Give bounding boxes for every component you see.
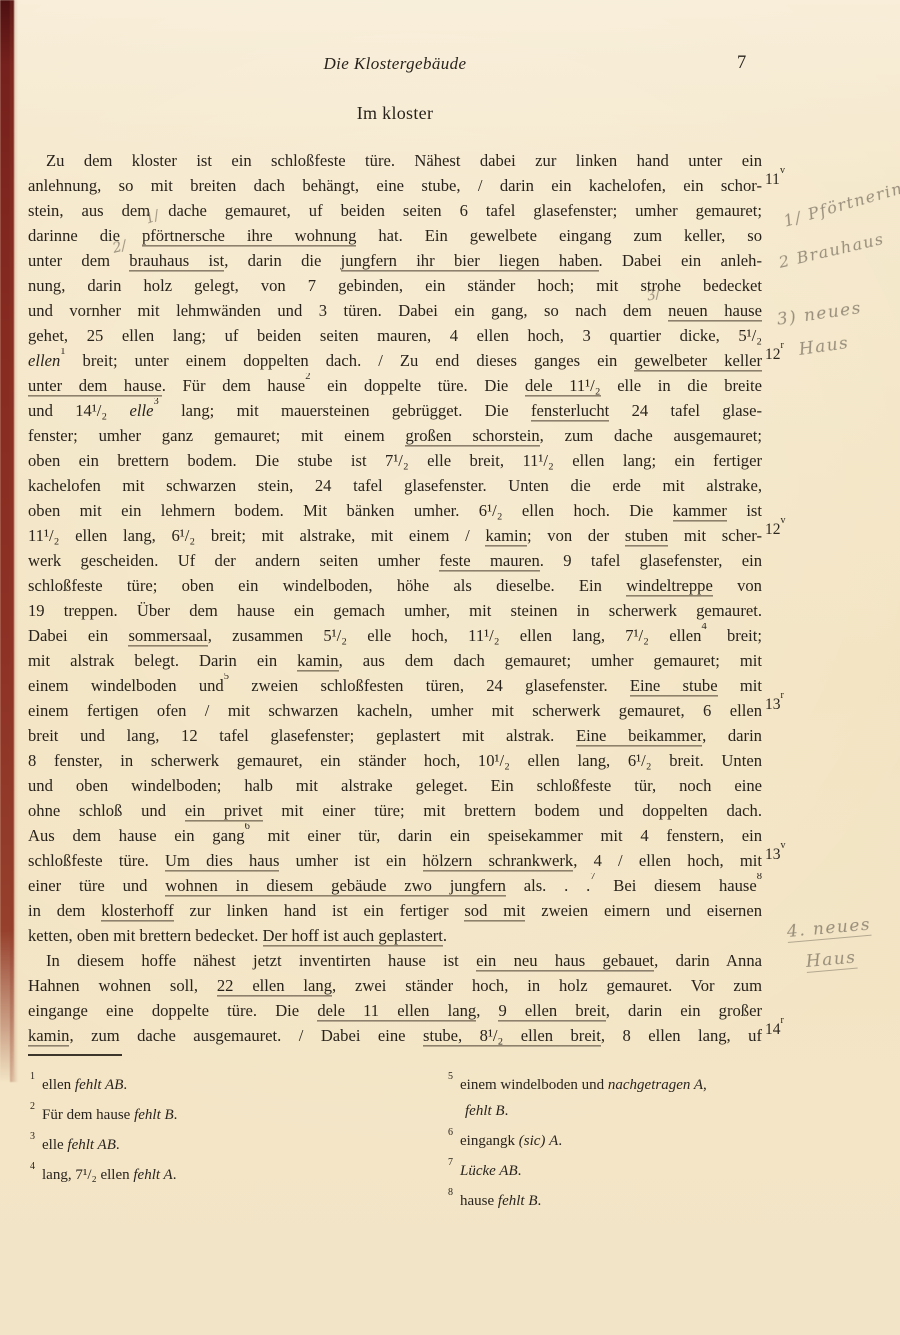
footnotes-left-column: 1ellen fehlt AB.2Für dem hause fehlt B.3… bbox=[30, 1068, 420, 1188]
handwritten-note: Haus bbox=[805, 948, 857, 973]
text-line: ellen1 breit; unter einem doppelten dach… bbox=[28, 348, 762, 373]
text-line: schloßfeste türe. Um dies haus umher ist… bbox=[28, 848, 762, 873]
footnote: 3elle fehlt AB. bbox=[30, 1128, 420, 1158]
folio-mark: 13v bbox=[765, 845, 805, 864]
text-line: mit alstrak belegt. Darin ein kamin, aus… bbox=[28, 648, 762, 673]
footnote: fehlt B. bbox=[448, 1098, 798, 1124]
text-line: eingange eine doppelte türe. Die dele 11… bbox=[28, 998, 762, 1023]
text-line: Hahnen wohnen soll, 22 ellen lang, zwei … bbox=[28, 973, 762, 998]
folio-mark: 11v bbox=[765, 170, 805, 189]
pencil-mark: 3/ bbox=[645, 286, 662, 305]
running-head: Die Klostergebäude bbox=[28, 54, 762, 74]
text-line: und oben windelboden; halb mit alstrake … bbox=[28, 773, 762, 798]
footnote: 2Für dem hause fehlt B. bbox=[30, 1098, 420, 1128]
folio-mark: 13r bbox=[765, 695, 805, 714]
text-line: kamin, zum dache ausgemauret. / Dabei ei… bbox=[28, 1023, 762, 1048]
text-line: oben mit ein lehmern bodem. Mit bänken u… bbox=[28, 498, 762, 523]
section-heading: Im kloster bbox=[28, 103, 762, 124]
footnote: 6eingangk (sic) A. bbox=[448, 1124, 798, 1154]
book-page-scan: Die Klostergebäude 7 Im kloster Zu dem k… bbox=[0, 0, 900, 1335]
text-line: 8 fenster, in scherwerk gemauret, ein st… bbox=[28, 748, 762, 773]
text-line: unter dem brauhaus ist, darin die jungfe… bbox=[28, 248, 762, 273]
text-line: 19 treppen. Über dem hause ein gemach um… bbox=[28, 598, 762, 623]
text-line: einem windelboden und5 zweien schloßfest… bbox=[28, 673, 762, 698]
text-line: ohne schloß und ein privet mit einer tür… bbox=[28, 798, 762, 823]
handwritten-note: 4. neues bbox=[786, 915, 872, 943]
text-line: unter dem hause. Für dem hause2 ein dopp… bbox=[28, 373, 762, 398]
footnote: 1ellen fehlt AB. bbox=[30, 1068, 420, 1098]
body-text-block: Zu dem kloster ist ein schloßfeste türe.… bbox=[28, 148, 762, 1048]
text-line: darinne die pförtnersche ihre wohnung ha… bbox=[28, 223, 762, 248]
text-line: einem fertigen ofen / mit schwarzen kach… bbox=[28, 698, 762, 723]
text-line: 11¹/₂ ellen lang, 6¹/₂ breit; mit alstra… bbox=[28, 523, 762, 548]
text-line: fenster; umher ganz gemauret; mit einem … bbox=[28, 423, 762, 448]
text-line: in dem klosterhoff zur linken hand ist e… bbox=[28, 898, 762, 923]
footnote: 4lang, 7¹/₂ ellen fehlt A. bbox=[30, 1158, 420, 1188]
text-line: Dabei ein sommersaal, zusammen 5¹/₂ elle… bbox=[28, 623, 762, 648]
handwritten-note: 3) neues bbox=[776, 298, 864, 330]
text-line: breit und lang, 12 tafel glasefenster; g… bbox=[28, 723, 762, 748]
text-line: ketten, oben mit brettern bedecket. Der … bbox=[28, 923, 762, 948]
text-line: Zu dem kloster ist ein schloßfeste türe.… bbox=[28, 148, 762, 173]
text-line: schloßfeste türe; oben ein windelboden, … bbox=[28, 573, 762, 598]
folio-mark: 12v bbox=[765, 520, 805, 539]
pencil-mark: 2/ bbox=[111, 238, 128, 257]
text-line: anlehnung, so mit breiten dach behängt, … bbox=[28, 173, 762, 198]
handwritten-note: Haus bbox=[798, 333, 851, 360]
text-line: In diesem hoffe nähest jetzt inventirten… bbox=[28, 948, 762, 973]
text-line: kachelofen mit schwarzen stein, 24 tafel… bbox=[28, 473, 762, 498]
footnote: 7Lücke AB. bbox=[448, 1154, 798, 1184]
text-line: Aus dem hause ein gang6 mit einer tür, d… bbox=[28, 823, 762, 848]
footnote: 8hause fehlt B. bbox=[448, 1184, 798, 1214]
footnote-rule bbox=[28, 1054, 122, 1056]
text-line: und 14¹/₂ elle3 lang; mit mauersteinen g… bbox=[28, 398, 762, 423]
folio-mark: 14r bbox=[765, 1020, 805, 1039]
text-line: einer türe und wohnen in diesem gebäude … bbox=[28, 873, 762, 898]
text-line: oben ein brettern bodem. Die stube ist 7… bbox=[28, 448, 762, 473]
footnotes-right-column: 5einem windelboden und nachgetragen A,fe… bbox=[448, 1068, 798, 1214]
text-line: gehet, 25 ellen lang; uf beiden seiten m… bbox=[28, 323, 762, 348]
footnote: 5einem windelboden und nachgetragen A, bbox=[448, 1068, 798, 1098]
book-spine-edge bbox=[0, 0, 14, 1082]
text-line: werk gescheiden. Uf der andern seiten um… bbox=[28, 548, 762, 573]
text-line: stein, aus dem dache gemauret, uf beiden… bbox=[28, 198, 762, 223]
handwritten-note: 2 Brauhaus bbox=[777, 229, 886, 272]
page-number: 7 bbox=[737, 53, 746, 74]
